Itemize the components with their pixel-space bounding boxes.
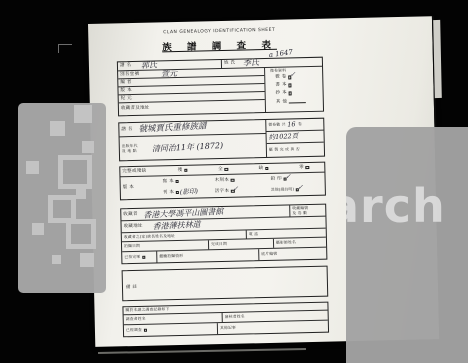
edition-options: 寫 本 木刻本 鉛 印✓ 刊 本(影印) 活字本✓ 其他(請註明)✓	[162, 173, 324, 199]
option-label: 微 卷	[275, 75, 286, 81]
field-finish-date: 完成日期	[208, 239, 273, 249]
option-other-edition: 其他(請註明)✓	[271, 185, 325, 194]
survey-note: 關於本譜之調查記錄如下	[123, 306, 171, 314]
page-bottom-edge-highlight	[98, 348, 306, 354]
checkbox	[265, 167, 269, 171]
form-body: CLAN GENEALOGY IDENTIFICATION SHEET 族 譜 …	[116, 21, 329, 338]
table-title-publication: 譜 名 虢城賈氏重修族譜 出版年代 及 地 點 清同治11年 (1872)	[118, 118, 325, 162]
field-other-notes: 其他記事	[217, 321, 328, 335]
field-label-line2: 及 卷 數	[292, 210, 323, 215]
option-letterpress: 鉛 印✓	[270, 174, 324, 183]
option-label: 刊 本	[163, 190, 174, 196]
logo-square	[50, 121, 65, 136]
watermark-text: arch	[346, 179, 446, 233]
reel-count-box: 微卷數 共 16 卷 約1022頁 攝 製 完 成 與 否	[265, 119, 324, 157]
field-label: 別名堂號	[120, 72, 139, 78]
checkbox	[305, 166, 309, 170]
field-continue-filming: 繼續拍攝情形	[156, 249, 258, 262]
handwritten-value: 萱元	[161, 69, 177, 78]
field-label: 已拍完畢	[124, 255, 140, 260]
edition-options-row2: 刊 本(影印) 活字本✓ 其他(請註明)✓	[163, 184, 325, 199]
handwritten-value: 香港大學馮平山圖書館	[144, 207, 224, 219]
logo-square-outline	[58, 155, 92, 189]
adjacent-page-edge	[433, 20, 442, 98]
option-label: 木刻本	[215, 178, 230, 184]
option-label: 抄 本	[276, 91, 287, 97]
field-label: 拍攝日期	[124, 244, 140, 249]
field-label-line2: 及 地 點	[122, 148, 138, 153]
option-label: 鉛 印	[271, 176, 282, 182]
field-label: 關於本譜之調查記錄如下	[125, 307, 169, 313]
logo-square-outline	[66, 219, 96, 249]
table-basic-info: 譜 名 郭氏 姓 氏 李氏 別名堂號 萱元	[117, 57, 324, 117]
field-label: 已經調查	[126, 328, 142, 333]
logo-square	[26, 161, 39, 174]
handwritten-value: 清同治11年 (1872)	[152, 142, 224, 153]
option-manuscript-copy: 寫 本	[163, 178, 215, 185]
checkbox	[142, 255, 146, 259]
check-mark: ✓	[285, 172, 291, 180]
field-label: 收藏者及地址	[121, 106, 150, 112]
checkbox	[175, 180, 179, 184]
field-label: 版 本	[123, 185, 134, 191]
check-mark: ✓	[233, 185, 239, 193]
field-label: 收藏者之(家)族長姓名及地址	[124, 234, 175, 240]
field-label: 繼續拍攝情形	[159, 254, 183, 259]
handwritten-value: 香港薄扶林道	[153, 220, 201, 230]
field-filming-done: 已拍完畢	[122, 252, 156, 264]
field-label: 編 者	[120, 80, 131, 86]
field-label: 卷	[298, 122, 302, 127]
field-holder-address: 收藏者及地址	[119, 100, 265, 115]
field-label: 紀 元	[121, 96, 132, 102]
field-completeness: 完整或殘缺	[120, 166, 162, 176]
frame-corner-mark	[58, 44, 72, 53]
form-title-english: CLAN GENEALOGY IDENTIFICATION SHEET	[116, 27, 322, 37]
remarks-label: 備 註	[126, 285, 137, 290]
option-damaged: 殘	[178, 168, 188, 174]
option-label: 寫 本	[163, 179, 174, 185]
logo-square	[52, 255, 61, 264]
field-label: 調查者姓名	[126, 317, 146, 322]
option-label: 缺	[259, 166, 264, 171]
check-mark: ✓	[298, 183, 304, 191]
table-holder-filming: 收藏者 香港大學馮平山圖書館 收藏編號 及 卷 數 收藏地址 香港薄扶林道	[120, 204, 327, 265]
field-label: 其他記事	[220, 326, 236, 331]
logo-square	[32, 223, 44, 235]
field-negative-number: 底片編號	[258, 248, 326, 261]
watermark-panel-right: arch	[346, 127, 468, 363]
field-label: 譜 名	[121, 127, 132, 133]
field-filming-complete: 攝 製 完 成 與 否	[267, 143, 324, 157]
option-other: 其 他	[276, 96, 323, 106]
field-edition-type: 版 本	[120, 176, 162, 199]
checkbox	[288, 91, 292, 95]
option-label: 全	[218, 167, 223, 172]
left-fields: 別名堂號 萱元 編 者 版 本 紀 元	[118, 68, 265, 115]
option-label: 活字本	[215, 189, 230, 195]
remarks-box: 備 註	[122, 266, 329, 302]
microfilm-type-box: 微卷資料 微 卷 ✓ 書 本 抄 本	[264, 67, 323, 112]
check-mark: ✓	[290, 71, 296, 79]
logo-square	[74, 105, 92, 123]
checkbox	[230, 178, 234, 182]
option-complete: 全	[218, 167, 228, 173]
field-label: 底片編號	[261, 252, 277, 257]
handwritten-note: (影印)	[180, 189, 198, 196]
blank-line	[289, 99, 306, 103]
handwritten-value: 16	[288, 121, 297, 128]
table-survey-record: 關於本譜之調查記錄如下 調查者姓名 審核者姓名 已經調查	[122, 302, 329, 338]
table-row: 別名堂號 萱元 編 者 版 本 紀 元	[118, 67, 323, 116]
field-label: 譜 名	[120, 63, 131, 69]
handwritten-value: 李氏	[243, 59, 259, 68]
option-label: 其 他	[276, 99, 287, 105]
field-label: 攝影師姓名	[276, 240, 296, 245]
checkbox	[176, 191, 180, 195]
checkbox	[184, 168, 188, 172]
handwritten-value: 虢城賈氏重修族譜	[139, 123, 207, 135]
option-label: 書 本	[275, 83, 286, 89]
field-label: 電 話	[249, 232, 259, 237]
field-publication-year: 出版年代 及 地 點 清同治11年 (1872)	[120, 134, 266, 160]
option-label: 殘	[178, 168, 183, 173]
option-movable-type: 活字本✓	[215, 186, 271, 195]
table-row: 譜 名 虢城賈氏重修族譜 出版年代 及 地 點 清同治11年 (1872)	[119, 119, 324, 161]
field-label: 微卷數 共	[268, 123, 286, 128]
checkbox	[288, 83, 292, 87]
field-label: 姓 氏	[224, 61, 235, 67]
field-label: 攝 製 完 成 與 否	[269, 147, 300, 152]
field-photographer: 攝影師姓名	[273, 238, 326, 248]
field-label: 審核者姓名	[225, 315, 245, 320]
handwritten-value: 約1022頁	[268, 133, 298, 141]
option-printed: 刊 本(影印)	[163, 188, 215, 196]
watermark-panel-left	[18, 103, 106, 293]
field-label: 出版年代 及 地 點	[122, 144, 138, 154]
scanned-frame: CLAN GENEALOGY IDENTIFICATION SHEET 族 譜 …	[0, 0, 468, 363]
field-label: 收藏地址	[124, 224, 143, 230]
logo-square	[76, 189, 86, 199]
option-label: 零	[299, 165, 304, 170]
option-label: 其他(請註明)	[271, 187, 294, 192]
checkbox	[143, 328, 147, 332]
option-missing: 缺	[259, 166, 269, 172]
field-label: 完成日期	[211, 242, 227, 247]
logo-square	[80, 253, 94, 267]
handwritten-value: 郭氏	[141, 61, 157, 70]
table-completeness-edition: 完整或殘缺 殘 全 缺 零 版 本 寫 本	[119, 162, 326, 201]
left-fields: 譜 名 虢城賈氏重修族譜 出版年代 及 地 點 清同治11年 (1872)	[119, 120, 266, 160]
field-surveyed: 已經調查	[124, 323, 217, 336]
logo-square	[82, 141, 94, 153]
field-holder-number: 收藏編號 及 卷 數	[289, 205, 325, 217]
option-woodblock: 木刻本	[215, 177, 271, 184]
field-label: 版 本	[120, 88, 131, 94]
table-row: 版 本 寫 本 木刻本 鉛 印✓ 刊 本(影印) 活字本✓ 其他(請註明)✓	[120, 173, 324, 200]
checkbox	[224, 168, 228, 172]
field-label: 收藏者	[123, 212, 138, 218]
field-label: 完整或殘缺	[122, 169, 146, 175]
option-scattered: 零	[299, 165, 309, 171]
